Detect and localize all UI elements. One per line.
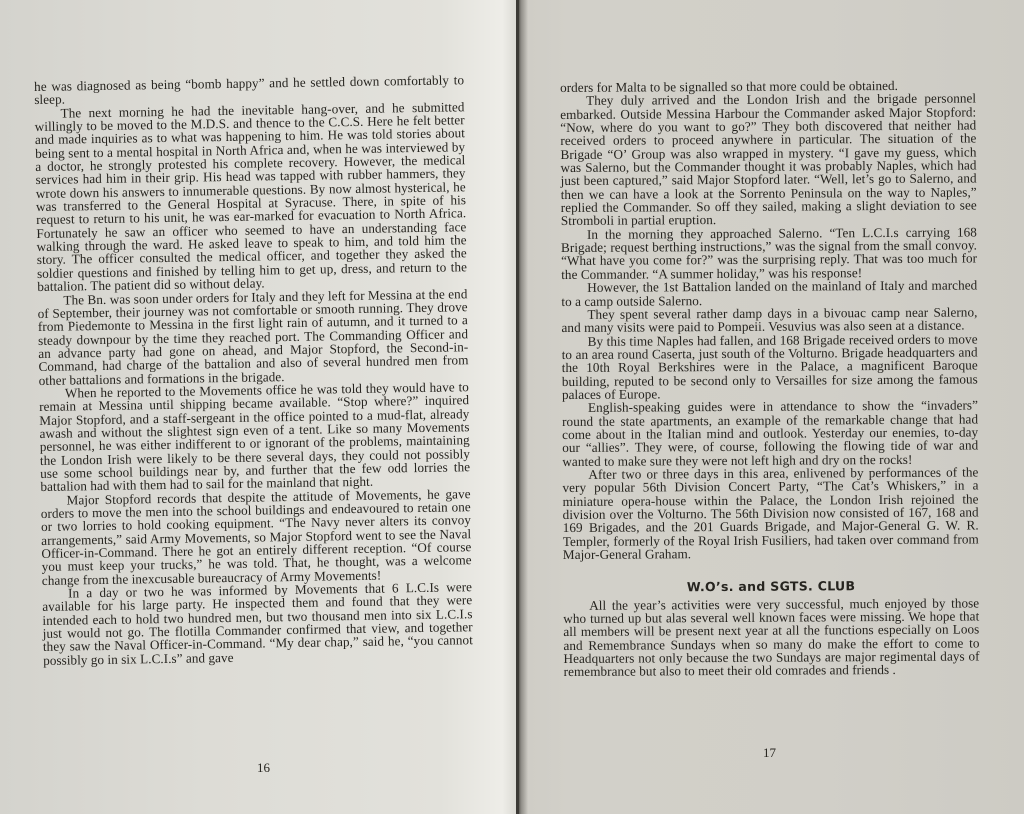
paragraph: English-speaking guides were in attendan… bbox=[562, 399, 978, 468]
left-page-body: he was diagnosed as being “bomb happy” a… bbox=[34, 73, 473, 667]
paragraph: However, the 1st Battalion landed on the… bbox=[561, 279, 977, 308]
paragraph: They duly arrived and the London Irish a… bbox=[560, 92, 977, 228]
paragraph: All the year’s activities were very succ… bbox=[563, 596, 979, 679]
paragraph: The next morning he had the inevitable h… bbox=[34, 100, 467, 294]
section-heading: W.O’s. and SGTS. CLUB bbox=[563, 579, 979, 595]
paragraph: They spent several rather damp days in a… bbox=[561, 305, 977, 334]
paragraph: After two or three days in this area, en… bbox=[562, 465, 979, 561]
paragraph: When he reported to the Movements office… bbox=[39, 380, 471, 493]
paragraph: Major Stopford records that despite the … bbox=[40, 487, 471, 587]
paragraph: In a day or two he was informed by Movem… bbox=[42, 580, 473, 667]
page-number-right: 17 bbox=[763, 745, 776, 761]
paragraph: The Bn. was soon under orders for Italy … bbox=[37, 287, 468, 387]
book-gutter bbox=[516, 0, 519, 814]
paragraph: In the morning they approached Salerno. … bbox=[561, 225, 977, 281]
paragraph: By this time Naples had fallen, and 168 … bbox=[562, 332, 978, 401]
right-page-body: orders for Malta to be signalled so that… bbox=[560, 78, 980, 678]
page-number-left: 16 bbox=[257, 760, 270, 776]
